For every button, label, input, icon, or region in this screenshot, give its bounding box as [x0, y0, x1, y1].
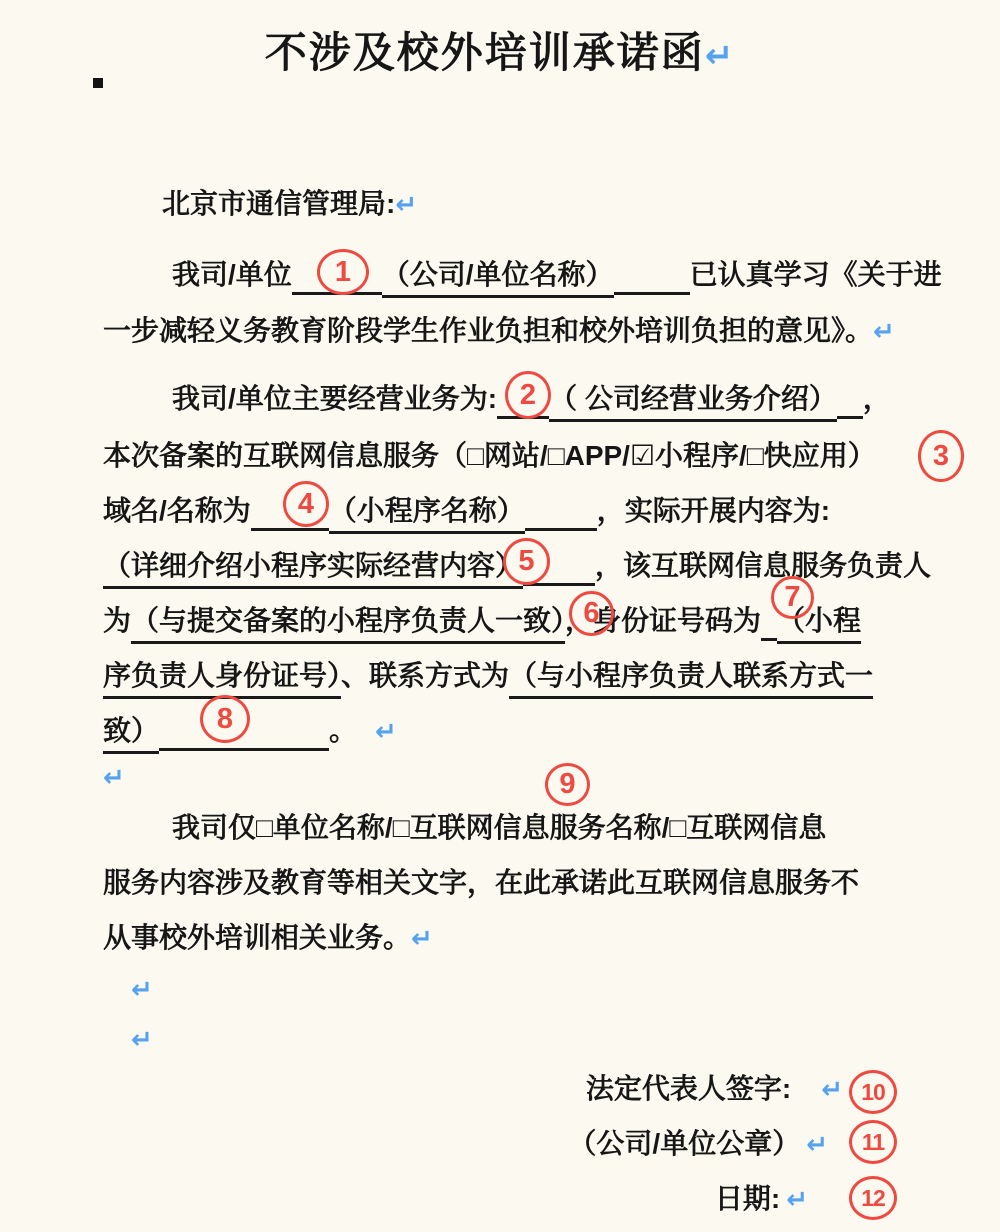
para2-id-blank: 序负责人身份证号） [103, 660, 341, 699]
para1-line2-text: 一步减轻义务教育阶段学生作业负担和校外培训负担的意见》。 [103, 315, 873, 346]
para3-line3-text: 从事校外培训相关业务。 [103, 922, 411, 953]
para3-line1-text: 我司仅□单位名称/□互联网信息服务名称/□互联网信息 [172, 812, 826, 843]
para2-content-blank: （详细介绍小程序实际经营内容） [103, 550, 523, 589]
para3-line3: 从事校外培训相关业务。↵ [103, 922, 433, 954]
spacer [791, 1073, 821, 1074]
para2-domain-post: ，实际开展内容为: [597, 495, 830, 526]
para1-post: 已认真学习《关于进 [690, 259, 942, 290]
para2-content-post: ，该互联网信息服务负责人 [595, 550, 931, 581]
paragraph-mark-icon: ↵ [131, 974, 153, 1005]
para2-domain-blank: （小程序名称） [329, 495, 525, 534]
circled-number-8: 8 [200, 695, 250, 743]
sign-label: 法定代表人签字: [586, 1073, 791, 1104]
para2-line5: 为（与提交备案的小程序负责人一致），身份证号码为（小程 [103, 605, 861, 641]
para2-line6: 序负责人身份证号）、联系方式为（与小程序负责人联系方式一 [103, 660, 873, 692]
paragraph-mark-icon: ↵ [821, 1074, 843, 1104]
signature-date-line: 日期:↵ [100, 1183, 808, 1215]
blank-underline [525, 495, 597, 531]
para3-line2: 服务内容涉及教育等相关文字，在此承诺此互联网信息服务不 [103, 867, 859, 899]
circled-number-10: 10 [849, 1070, 897, 1114]
cursor-block [93, 78, 103, 88]
salutation-line: 北京市通信管理局:↵ [162, 188, 417, 220]
para2-id-mid: 、联系方式为 [341, 660, 509, 691]
paragraph-mark-icon: ↵ [786, 1184, 808, 1214]
signature-seal-line: （公司/单位公章）↵ [100, 1128, 828, 1160]
paragraph-mark-icon: ↵ [375, 716, 397, 746]
para2-contact-blank-end: 致） [103, 715, 159, 754]
paragraph-mark-icon: ↵ [806, 1129, 828, 1159]
paragraph-mark-icon: ↵ [411, 923, 433, 953]
paragraph-mark-icon: ↵ [131, 1024, 153, 1055]
blank-underline [614, 259, 690, 295]
para1-line1: 我司/单位（公司/单位名称）已认真学习《关于进 [172, 259, 942, 295]
spacer [357, 715, 375, 716]
para2-line3: 域名/名称为（小程序名称），实际开展内容为: [103, 495, 830, 531]
para1-pre: 我司/单位 [172, 259, 292, 290]
paragraph-mark-icon: ↵ [395, 189, 417, 219]
document-page: 不涉及校外培训承诺函↵ 北京市通信管理局:↵ 我司/单位（公司/单位名称）已认真… [0, 0, 1000, 1232]
paragraph-mark-icon: ↵ [705, 37, 736, 75]
paragraph-mark-icon: ↵ [873, 316, 895, 346]
paragraph-mark-icon: ↵ [103, 762, 125, 793]
para3-line1: 我司仅□单位名称/□互联网信息服务名称/□互联网信息 [172, 812, 826, 844]
para2-owner-pre: 为 [103, 605, 131, 636]
para2-biz-post: ， [863, 383, 891, 414]
para2-domain-pre: 域名/名称为 [103, 495, 251, 526]
para2-biz-blank: （ 公司经营业务介绍） [549, 383, 837, 422]
salutation-text: 北京市通信管理局: [162, 188, 395, 219]
document-title: 不涉及校外培训承诺函↵ [0, 20, 1000, 80]
circled-number-4: 4 [283, 481, 329, 527]
circled-number-9: 9 [545, 763, 590, 806]
title-text: 不涉及校外培训承诺函 [265, 29, 705, 76]
para2-line2: 本次备案的互联网信息服务（□网站/□APP/☑小程序/□快应用） [103, 440, 876, 472]
circled-number-5: 5 [503, 538, 550, 585]
circled-number-7: 7 [771, 576, 814, 619]
para2-owner-blank: （与提交备案的小程序负责人一致） [131, 605, 565, 644]
para1-line2: 一步减轻义务教育阶段学生作业负担和校外培训负担的意见》。↵ [103, 315, 895, 347]
para3-line2-text: 服务内容涉及教育等相关文字，在此承诺此互联网信息服务不 [103, 867, 859, 898]
para2-biz-pre: 我司/单位主要经营业务为: [172, 383, 497, 414]
circled-number-6: 6 [569, 591, 614, 636]
circled-number-2: 2 [505, 371, 551, 419]
para2-contact-blank: （与小程序负责人联系方式一 [509, 660, 873, 699]
circled-number-1: 1 [317, 249, 369, 295]
circled-number-11: 11 [849, 1120, 897, 1164]
para1-blank-label: （公司/单位名称） [382, 259, 614, 298]
seal-label: （公司/单位公章） [568, 1128, 800, 1159]
circled-number-3: 3 [918, 430, 964, 482]
para2-service-line: 本次备案的互联网信息服务（□网站/□APP/☑小程序/□快应用） [103, 440, 876, 471]
circled-number-12: 12 [849, 1176, 897, 1220]
date-label: 日期: [715, 1183, 780, 1214]
blank-underline [837, 383, 863, 419]
para2-contact-post: 。 [329, 715, 357, 746]
signature-sign-line: 法定代表人签字:↵ [100, 1073, 843, 1105]
